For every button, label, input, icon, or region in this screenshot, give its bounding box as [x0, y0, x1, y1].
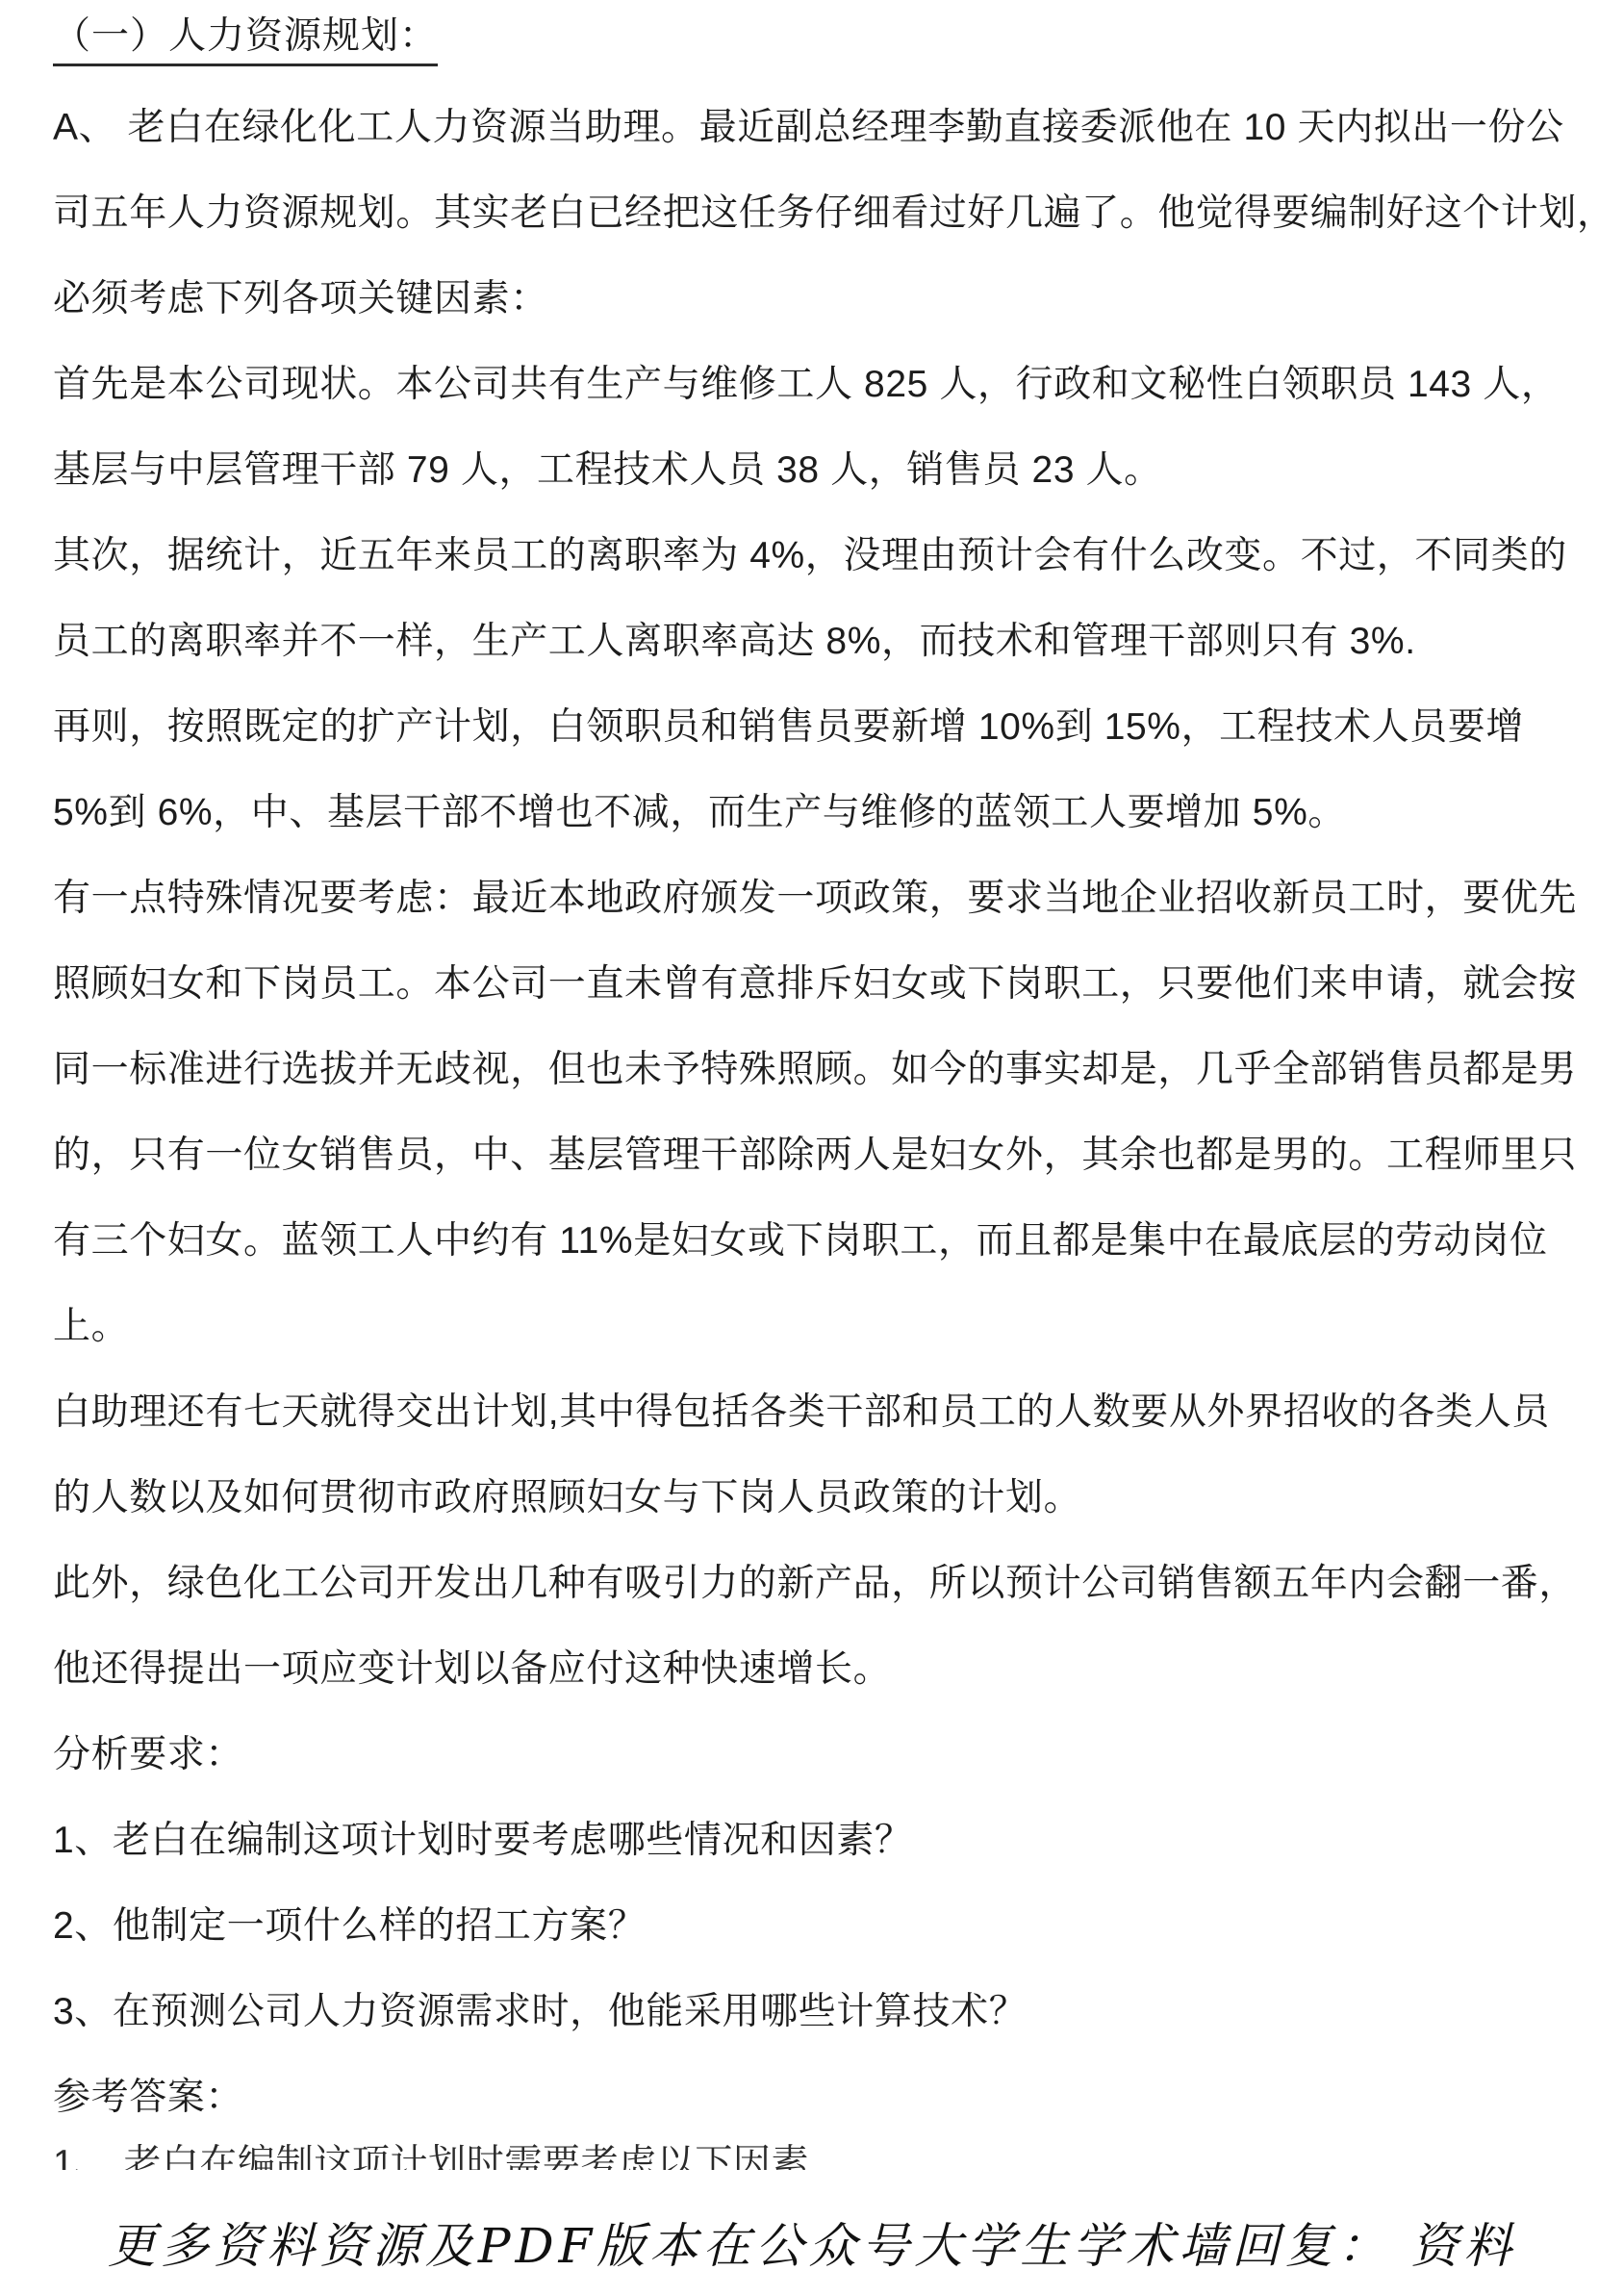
- text-line: 员工的离职率并不一样，生产工人离职率高达 8%，而技术和管理干部则只有 3%.: [53, 599, 1586, 684]
- document-page: （一）人力资源规划： A、 老白在绿化化工人力资源当助理。最近副总经理李勤直接委…: [0, 0, 1624, 2296]
- text-line: 3、在预测公司人力资源需求时，他能采用哪些计算技术？: [53, 1969, 1586, 2054]
- text-line: 照顾妇女和下岗员工。本公司一直未曾有意排斥妇女或下岗职工，只要他们来申请，就会按: [53, 941, 1586, 1027]
- text-line: 的人数以及如何贯彻市政府照顾妇女与下岗人员政策的计划。: [53, 1455, 1586, 1541]
- text-line: 首先是本公司现状。本公司共有生产与维修工人 825 人，行政和文秘性白领职员 1…: [53, 342, 1586, 427]
- text-line: 基层与中层管理干部 79 人，工程技术人员 38 人，销售员 23 人。: [53, 427, 1586, 513]
- text-line: A、 老白在绿化化工人力资源当助理。最近副总经理李勤直接委派他在 10 天内拟出…: [53, 85, 1586, 170]
- text-line: 他还得提出一项应变计划以备应付这种快速增长。: [53, 1626, 1586, 1712]
- text-line: 再则，按照既定的扩产计划，白领职员和销售员要新增 10%到 15%，工程技术人员…: [53, 684, 1586, 770]
- text-line: 2、他制定一项什么样的招工方案？: [53, 1883, 1586, 1969]
- text-line: 上。: [53, 1284, 1586, 1369]
- footer-watermark: 更多资料资源及PDF版本在公众号大学生学术墙回复： 资料: [0, 2207, 1624, 2277]
- text-line: 分析要求：: [53, 1712, 1586, 1798]
- text-line: 5%到 6%，中、基层干部不增也不减，而生产与维修的蓝领工人要增加 5%。: [53, 770, 1586, 855]
- text-line: 的，只有一位女销售员，中、基层管理干部除两人是妇女外，其余也都是男的。工程师里只: [53, 1112, 1586, 1198]
- text-line: 白助理还有七天就得交出计划,其中得包括各类干部和员工的人数要从外界招收的各类人员: [53, 1369, 1586, 1455]
- text-line: 1、老白在编制这项计划时要考虑哪些情况和因素？: [53, 1798, 1586, 1883]
- text-line: 有三个妇女。蓝领工人中约有 11%是妇女或下岗职工，而且都是集中在最底层的劳动岗…: [53, 1198, 1586, 1284]
- clipped-answer-line: 1、 老白在编制这项计划时需要考虑以下因素: [53, 2144, 1586, 2170]
- text-line: 必须考虑下列各项关键因素：: [53, 256, 1586, 342]
- text-line: 参考答案：: [53, 2054, 1586, 2140]
- section-heading: （一）人力资源规划：: [53, 13, 438, 66]
- text-line: 司五年人力资源规划。其实老白已经把这任务仔细看过好几遍了。他觉得要编制好这个计划…: [53, 170, 1586, 256]
- text-line: 同一标准进行选拔并无歧视，但也未予特殊照顾。如今的事实却是，几乎全部销售员都是男: [53, 1027, 1586, 1112]
- document-body: A、 老白在绿化化工人力资源当助理。最近副总经理李勤直接委派他在 10 天内拟出…: [53, 85, 1586, 2140]
- text-line: 此外，绿色化工公司开发出几种有吸引力的新产品，所以预计公司销售额五年内会翻一番，: [53, 1541, 1586, 1626]
- text-line: 有一点特殊情况要考虑：最近本地政府颁发一项政策，要求当地企业招收新员工时，要优先: [53, 855, 1586, 941]
- text-line: 其次，据统计，近五年来员工的离职率为 4%，没理由预计会有什么改变。不过，不同类…: [53, 513, 1586, 599]
